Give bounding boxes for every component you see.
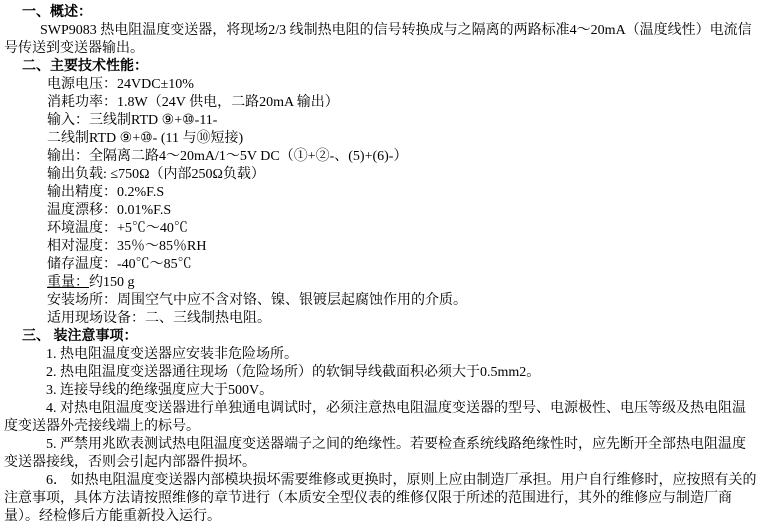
spec-line-supply-voltage: 电源电压：24VDC±10%	[4, 76, 757, 94]
spec-weight-value: 约150 g	[89, 275, 135, 290]
spec-weight-label: 重量：	[47, 275, 89, 290]
spec-line-output-accuracy: 输出精度：0.2%F.S	[4, 184, 757, 202]
note-item-6: 6． 如热电阻温度变送器内部模块损坏需要维修或更换时，原则上应由制造厂承担。用户…	[4, 472, 757, 524]
spec-line-ambient-temp: 环境温度：+5℃～40℃	[4, 220, 757, 238]
document-page: 一、概述： SWP9083 热电阻温度变送器，将现场2/3 线制热电阻的信号转换…	[0, 0, 763, 524]
section-heading-overview: 一、概述：	[4, 4, 757, 22]
note-item-5: 5. 严禁用兆欧表测试热电阻温度变送器端子之间的绝缘性。若要检查系统线路绝缘性时…	[4, 436, 757, 472]
spec-line-power-consumption: 消耗功率：1.8W（24V 供电，二路20mA 输出）	[4, 94, 757, 112]
note-item-4: 4. 对热电阻温度变送器进行单独通电调试时，必须注意热电阻温度变送器的型号、电源…	[4, 400, 757, 436]
spec-line-installation-site: 安装场所：周围空气中应不含对铬、镍、银镀层起腐蚀作用的介质。	[4, 292, 757, 310]
spec-line-output-load: 输出负载: ≤750Ω（内部250Ω负载）	[4, 166, 757, 184]
spec-line-relative-humidity: 相对湿度：35％～85％RH	[4, 238, 757, 256]
spec-line-output: 输出：全隔离二路4～20mA/1～5V DC（①+②-、(5)+(6)-）	[4, 148, 757, 166]
spec-line-temp-drift: 温度漂移：0.01%F.S	[4, 202, 757, 220]
section-heading-notes: 三、 装注意事项：	[4, 328, 757, 346]
spec-line-storage-temp: 储存温度：-40℃～85℃	[4, 256, 757, 274]
spec-line-input: 输入：三线制RTD ⑨+⑩-11-	[4, 112, 757, 130]
spec-line-weight: 重量：约150 g	[4, 274, 757, 292]
note-item-2: 2. 热电阻温度变送器通往现场（危险场所）的软铜导线截面积必须大于0.5mm2。	[4, 364, 757, 382]
spec-line-applicable-devices: 适用现场设备：二、三线制热电阻。	[4, 310, 757, 328]
note-item-1: 1. 热电阻温度变送器应安装非危险场所。	[4, 346, 757, 364]
overview-paragraph: SWP9083 热电阻温度变送器，将现场2/3 线制热电阻的信号转换成与之隔离的…	[4, 22, 757, 58]
section-heading-specs: 二、主要技术性能：	[4, 58, 757, 76]
spec-line-input-two-wire: 二线制RTD ⑨+⑩- (11 与⑩短接)	[4, 130, 757, 148]
note-item-3: 3. 连接导线的绝缘强度应大于500V。	[4, 382, 757, 400]
